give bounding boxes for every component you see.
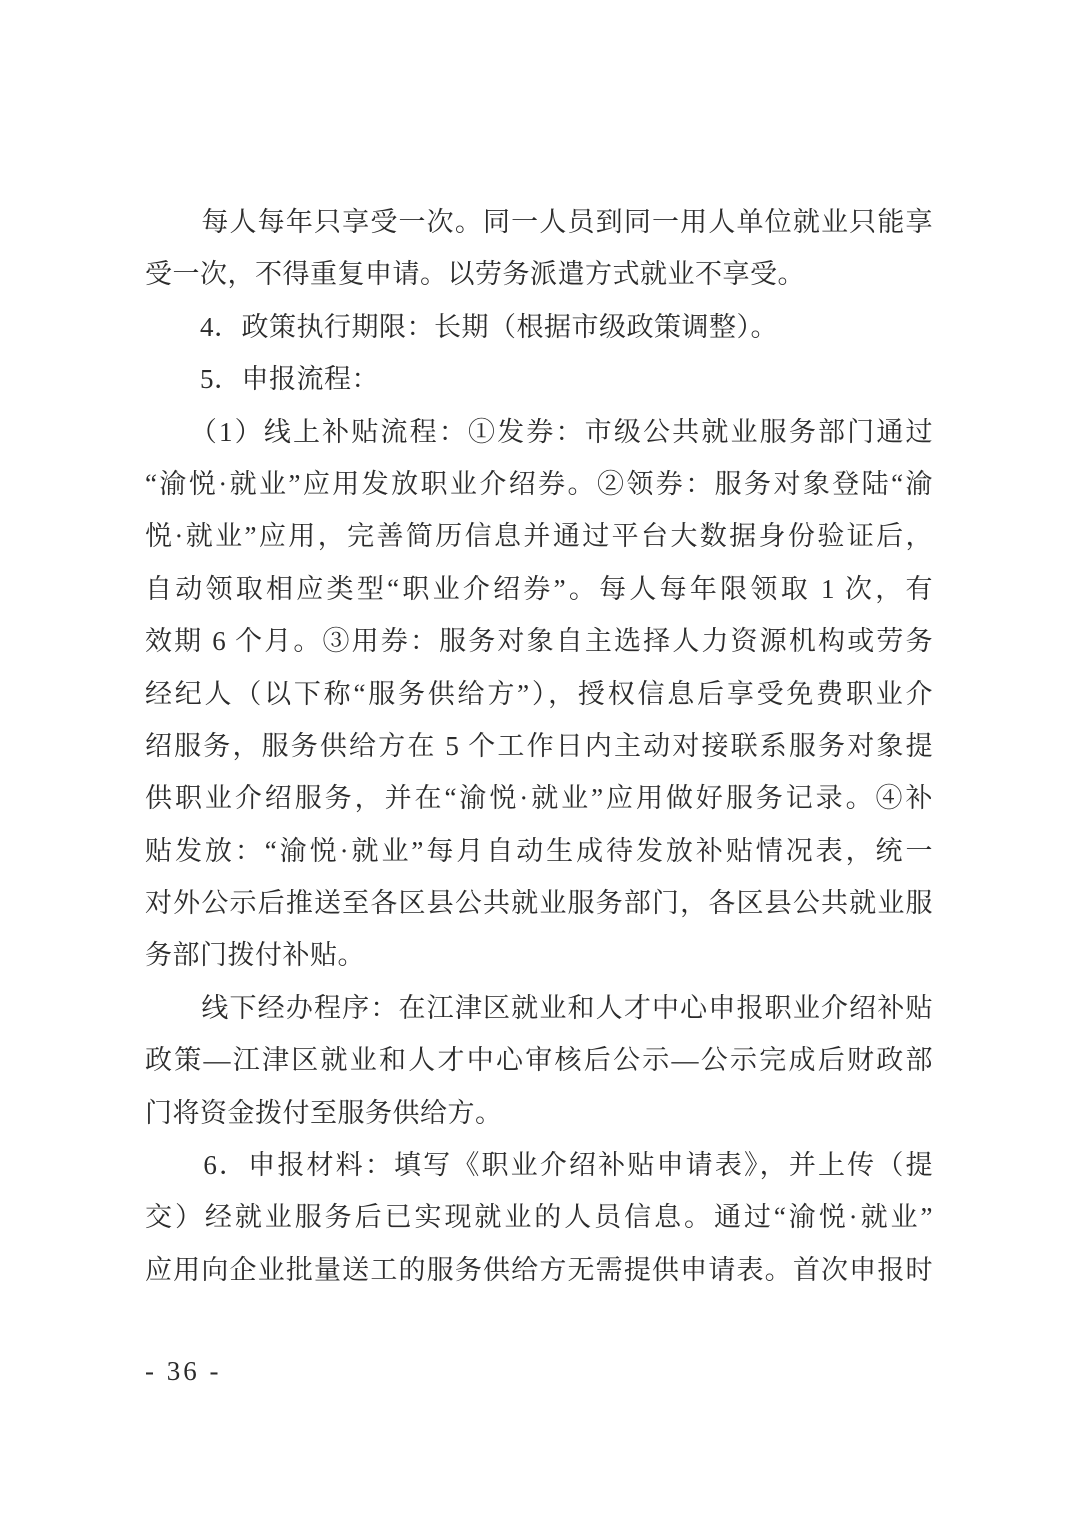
text-line: 悦·就业”应用，完善简历信息并通过平台大数据身份验证后， bbox=[145, 510, 933, 562]
text-line: 线下经办程序：在江津区就业和人才中心申报职业介绍补贴 bbox=[145, 982, 933, 1034]
text-line: 经纪人（以下称“服务供给方”），授权信息后享受免费职业介 bbox=[145, 668, 933, 720]
text-line: 对外公示后推送至各区县公共就业服务部门，各区县公共就业服 bbox=[145, 877, 933, 929]
text-line: 应用向企业批量送工的服务供给方无需提供申请表。首次申报时 bbox=[145, 1244, 933, 1296]
text-line: 4．政策执行期限：长期（根据市级政策调整）。 bbox=[145, 301, 933, 353]
text-line: 贴发放：“渝悦·就业”每月自动生成待发放补贴情况表，统一 bbox=[145, 825, 933, 877]
text-line: 效期 6 个月。③用券：服务对象自主选择人力资源机构或劳务 bbox=[145, 615, 933, 667]
text-line: 务部门拨付补贴。 bbox=[145, 929, 933, 981]
text-line: “渝悦·就业”应用发放职业介绍券。②领券：服务对象登陆“渝 bbox=[145, 458, 933, 510]
text-line: 6．申报材料：填写《职业介绍补贴申请表》，并上传（提 bbox=[145, 1139, 933, 1191]
document-body: 每人每年只享受一次。同一人员到同一用人单位就业只能享受一次，不得重复申请。以劳务… bbox=[145, 196, 933, 1296]
text-line: 政策—江津区就业和人才中心审核后公示—公示完成后财政部 bbox=[145, 1034, 933, 1086]
text-line: 交）经就业服务后已实现就业的人员信息。通过“渝悦·就业” bbox=[145, 1191, 933, 1243]
text-line: 5．申报流程： bbox=[145, 353, 933, 405]
document-page: 每人每年只享受一次。同一人员到同一用人单位就业只能享受一次，不得重复申请。以劳务… bbox=[0, 0, 1074, 1520]
text-line: 受一次，不得重复申请。以劳务派遣方式就业不享受。 bbox=[145, 248, 933, 300]
text-line: 供职业介绍服务，并在“渝悦·就业”应用做好服务记录。④补 bbox=[145, 772, 933, 824]
page-number: - 36 - bbox=[145, 1356, 221, 1387]
text-line: （1）线上补贴流程：①发券：市级公共就业服务部门通过 bbox=[145, 406, 933, 458]
text-line: 门将资金拨付至服务供给方。 bbox=[145, 1087, 933, 1139]
text-line: 每人每年只享受一次。同一人员到同一用人单位就业只能享 bbox=[145, 196, 933, 248]
text-line: 自动领取相应类型“职业介绍券”。每人每年限领取 1 次，有 bbox=[145, 563, 933, 615]
text-line: 绍服务，服务供给方在 5 个工作日内主动对接联系服务对象提 bbox=[145, 720, 933, 772]
